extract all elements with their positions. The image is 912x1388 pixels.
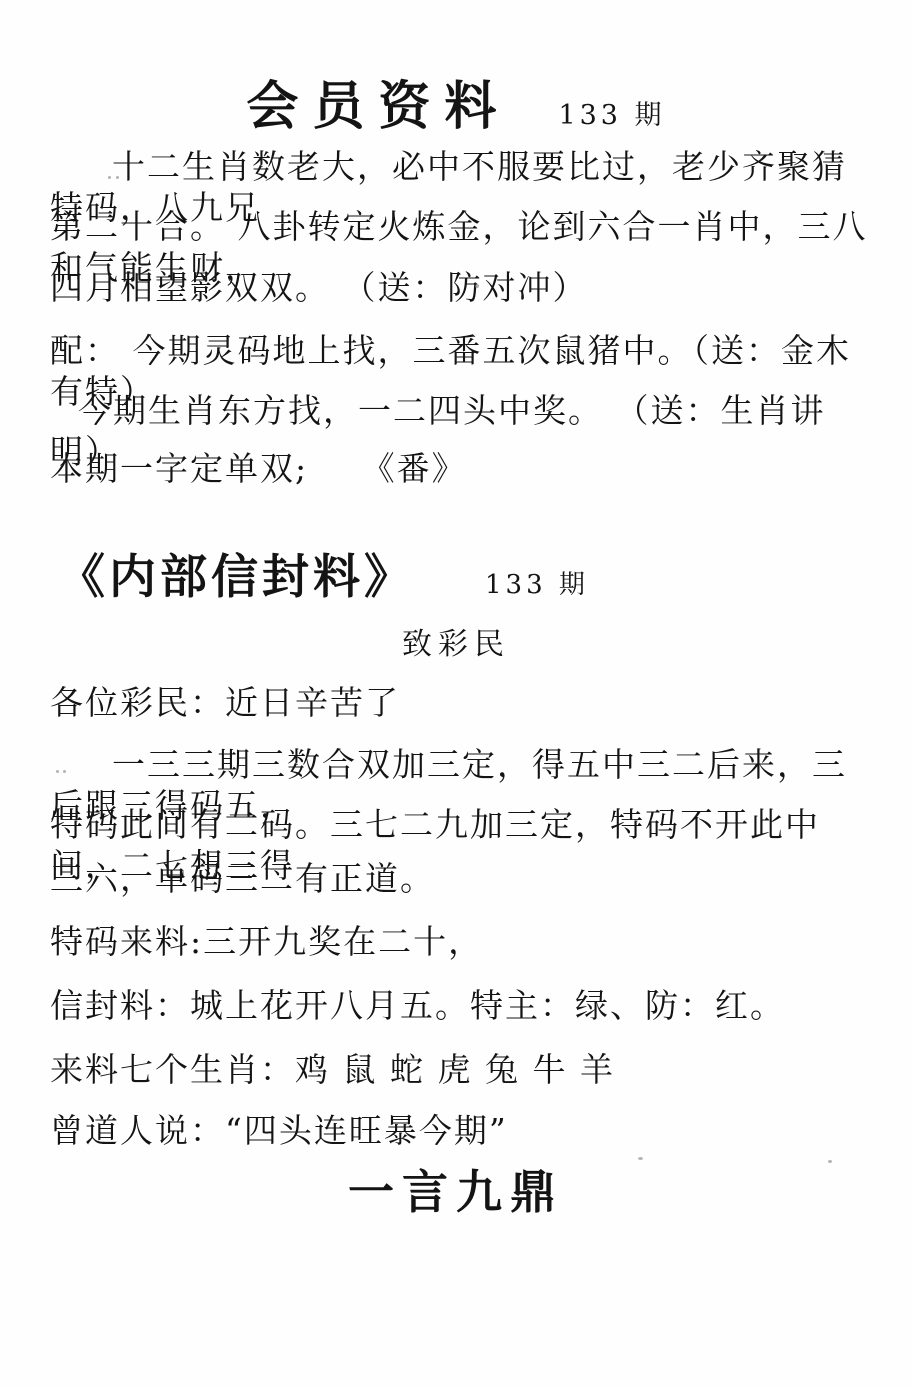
doc-title: 会员资料 <box>246 64 510 139</box>
scan-speck <box>63 770 66 773</box>
quote-line: 曾道人说：“四头连旺暴今期” <box>50 1110 876 1151</box>
scan-speck <box>56 770 59 773</box>
salutation-line: 致彩民 <box>0 626 912 664</box>
scan-speck <box>108 176 111 179</box>
zodiac-line: 来料七个生肖：鸡 鼠 蛇 虎 兔 牛 羊 <box>50 1049 876 1090</box>
issue-number: 133 期 <box>558 93 665 132</box>
envelope-issue-number: 133 期 <box>485 564 589 601</box>
body-line: 四月相望影双双。 （送：防对冲） <box>50 267 876 308</box>
scanned-document-page: 会员资料 133 期 十二生肖数老大，必中不服要比过，老少齐聚猜特码，八九兄 第… <box>0 0 912 1388</box>
envelope-section-title: 《内部信封料》 <box>58 540 415 607</box>
special-code-line: 特码来料:三开九奖在二十， <box>50 921 876 962</box>
body-line: 三六，单码三二有正道。 <box>50 858 876 899</box>
envelope-section-header: 《内部信封料》 133 期 <box>58 540 589 607</box>
scan-speck <box>828 1160 832 1163</box>
envelope-tip-line: 信封料：城上花开八月五。特主：绿、防：红。 <box>50 985 876 1026</box>
scan-speck <box>475 284 479 288</box>
body-line: 本期一字定单双; 《番》 <box>50 448 876 489</box>
footer-motto: 一言九鼎 <box>0 1164 912 1222</box>
member-section-header: 会员资料 133 期 <box>0 64 912 139</box>
scan-speck <box>116 176 119 179</box>
scan-speck <box>638 1157 643 1160</box>
greeting-line: 各位彩民：近日辛苦了 <box>50 682 876 723</box>
